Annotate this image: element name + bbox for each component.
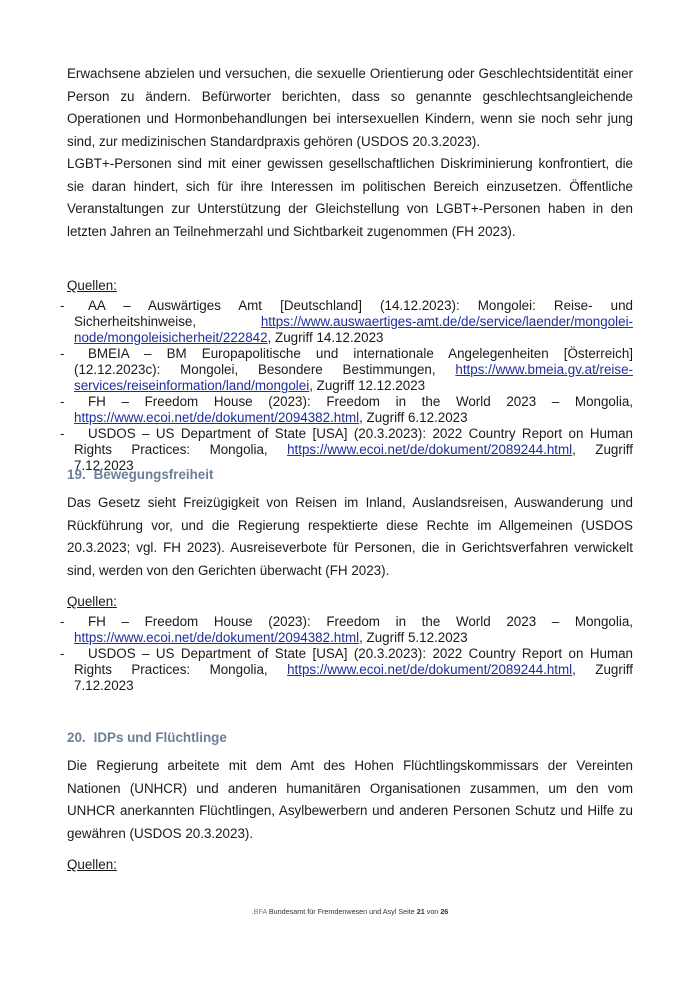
section-19-sources: Quellen: FH – Freedom House (2023): Free… xyxy=(67,594,633,694)
section-heading: 19.Bewegungsfreiheit xyxy=(67,467,633,482)
source-item: USDOS – US Department of State [USA] (20… xyxy=(67,646,633,694)
page-footer: .BFA Bundesamt für Fremdenwesen und Asyl… xyxy=(0,907,700,916)
source-item: FH – Freedom House (2023): Freedom in th… xyxy=(67,394,633,426)
footer-page-label: Seite xyxy=(398,907,414,916)
sources-label: Quellen: xyxy=(67,857,633,872)
sources-label: Quellen: xyxy=(67,278,633,293)
source-link[interactable]: https://www.ecoi.net/de/dokument/2094382… xyxy=(74,410,359,425)
lgbt-text-block: Erwachsene abzielen und versuchen, die s… xyxy=(67,63,633,243)
paragraph: Das Gesetz sieht Freizügigkeit von Reise… xyxy=(67,492,633,582)
footer-org: Bundesamt für Fremdenwesen und Asyl xyxy=(269,907,396,916)
paragraph: LGBT+-Personen sind mit einer gewissen g… xyxy=(67,153,633,243)
section-heading: 20.IDPs und Flüchtlinge xyxy=(67,730,633,745)
paragraph: Die Regierung arbeitete mit dem Amt des … xyxy=(67,755,633,845)
source-item: AA – Auswärtiges Amt [Deutschland] (14.1… xyxy=(67,298,633,346)
source-link[interactable]: https://www.ecoi.net/de/dokument/2089244… xyxy=(287,442,572,457)
bfa-logo: .BFA xyxy=(252,907,267,916)
page-total: 26 xyxy=(440,907,448,916)
sources-list: FH – Freedom House (2023): Freedom in th… xyxy=(67,614,633,694)
source-link[interactable]: https://www.ecoi.net/de/dokument/2089244… xyxy=(287,662,572,677)
page-current: 21 xyxy=(417,907,425,916)
source-item: FH – Freedom House (2023): Freedom in th… xyxy=(67,614,633,646)
source-item: BMEIA – BM Europapolitische und internat… xyxy=(67,346,633,394)
sources-list: AA – Auswärtiges Amt [Deutschland] (14.1… xyxy=(67,298,633,474)
source-link[interactable]: https://www.ecoi.net/de/dokument/2094382… xyxy=(74,630,359,645)
paragraph: Erwachsene abzielen und versuchen, die s… xyxy=(67,63,633,153)
footer-page-of: von xyxy=(427,907,439,916)
lgbt-sources: Quellen: AA – Auswärtiges Amt [Deutschla… xyxy=(67,278,633,474)
section-20: 20.IDPs und Flüchtlinge Die Regierung ar… xyxy=(67,730,633,872)
section-19: 19.Bewegungsfreiheit Das Gesetz sieht Fr… xyxy=(67,467,633,582)
sources-label: Quellen: xyxy=(67,594,633,609)
